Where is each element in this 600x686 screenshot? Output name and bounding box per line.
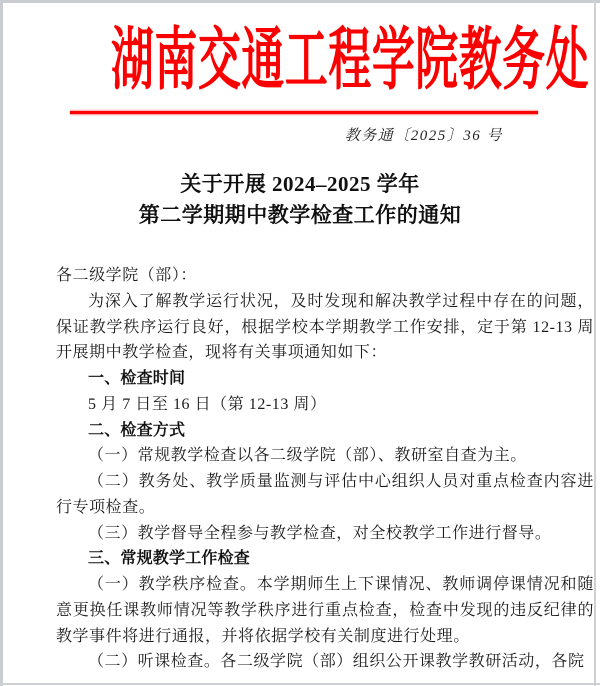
section-heading: 三、常规教学工作检查 [56,546,594,572]
doc-number: 教务通〔2025〕36 号 [345,124,503,145]
letterhead-org-name: 湖南交通工程学院教务处 [111,22,489,98]
section-heading: 二、检查方式 [56,418,594,444]
body-paragraph: （二）教务处、教学质量监测与评估中心组织人员对重点检查内容进行专项检查。 [56,469,594,521]
section-heading: 一、检查时间 [56,366,594,392]
notice-body: 各二级学院（部）：为深入了解教学运行状况，及时发现和解决教学过程中存在的问题，保… [56,263,594,675]
notice-title-line1: 关于开展 2024–2025 学年 [0,169,600,200]
page-edge-bottom [0,683,600,685]
notice-title-line2: 第二学期期中教学检查工作的通知 [0,200,600,231]
letterhead-separator-line [70,111,538,114]
body-paragraph: （一）常规教学检查以各二级学院（部）、教研室自查为主。 [56,443,594,469]
scanned-notice-page: { "document": { "accent_color": "#fb0000… [0,0,600,686]
body-paragraph: （三）教学督导全程参与教学检查，对全校教学工作进行督导。 [56,521,594,547]
body-paragraph: （一）教学秩序检查。本学期师生上下课情况、教师调停课情况和随意更换任课教师情况等… [56,572,594,649]
body-paragraph: 为深入了解教学运行状况，及时发现和解决教学过程中存在的问题，保证教学秩序运行良好… [56,289,594,366]
salutation: 各二级学院（部）： [56,263,594,289]
page-edge-top [0,0,600,3]
page-edge-left [0,0,3,686]
notice-title: 关于开展 2024–2025 学年 第二学期期中教学检查工作的通知 [0,169,600,230]
body-paragraph: 5 月 7 日至 16 日（第 12-13 周） [56,392,594,418]
page-edge-right [594,0,596,686]
body-paragraph: （二）听课检查。各二级学院（部）组织公开课教学教研活动，各院 [56,649,594,675]
